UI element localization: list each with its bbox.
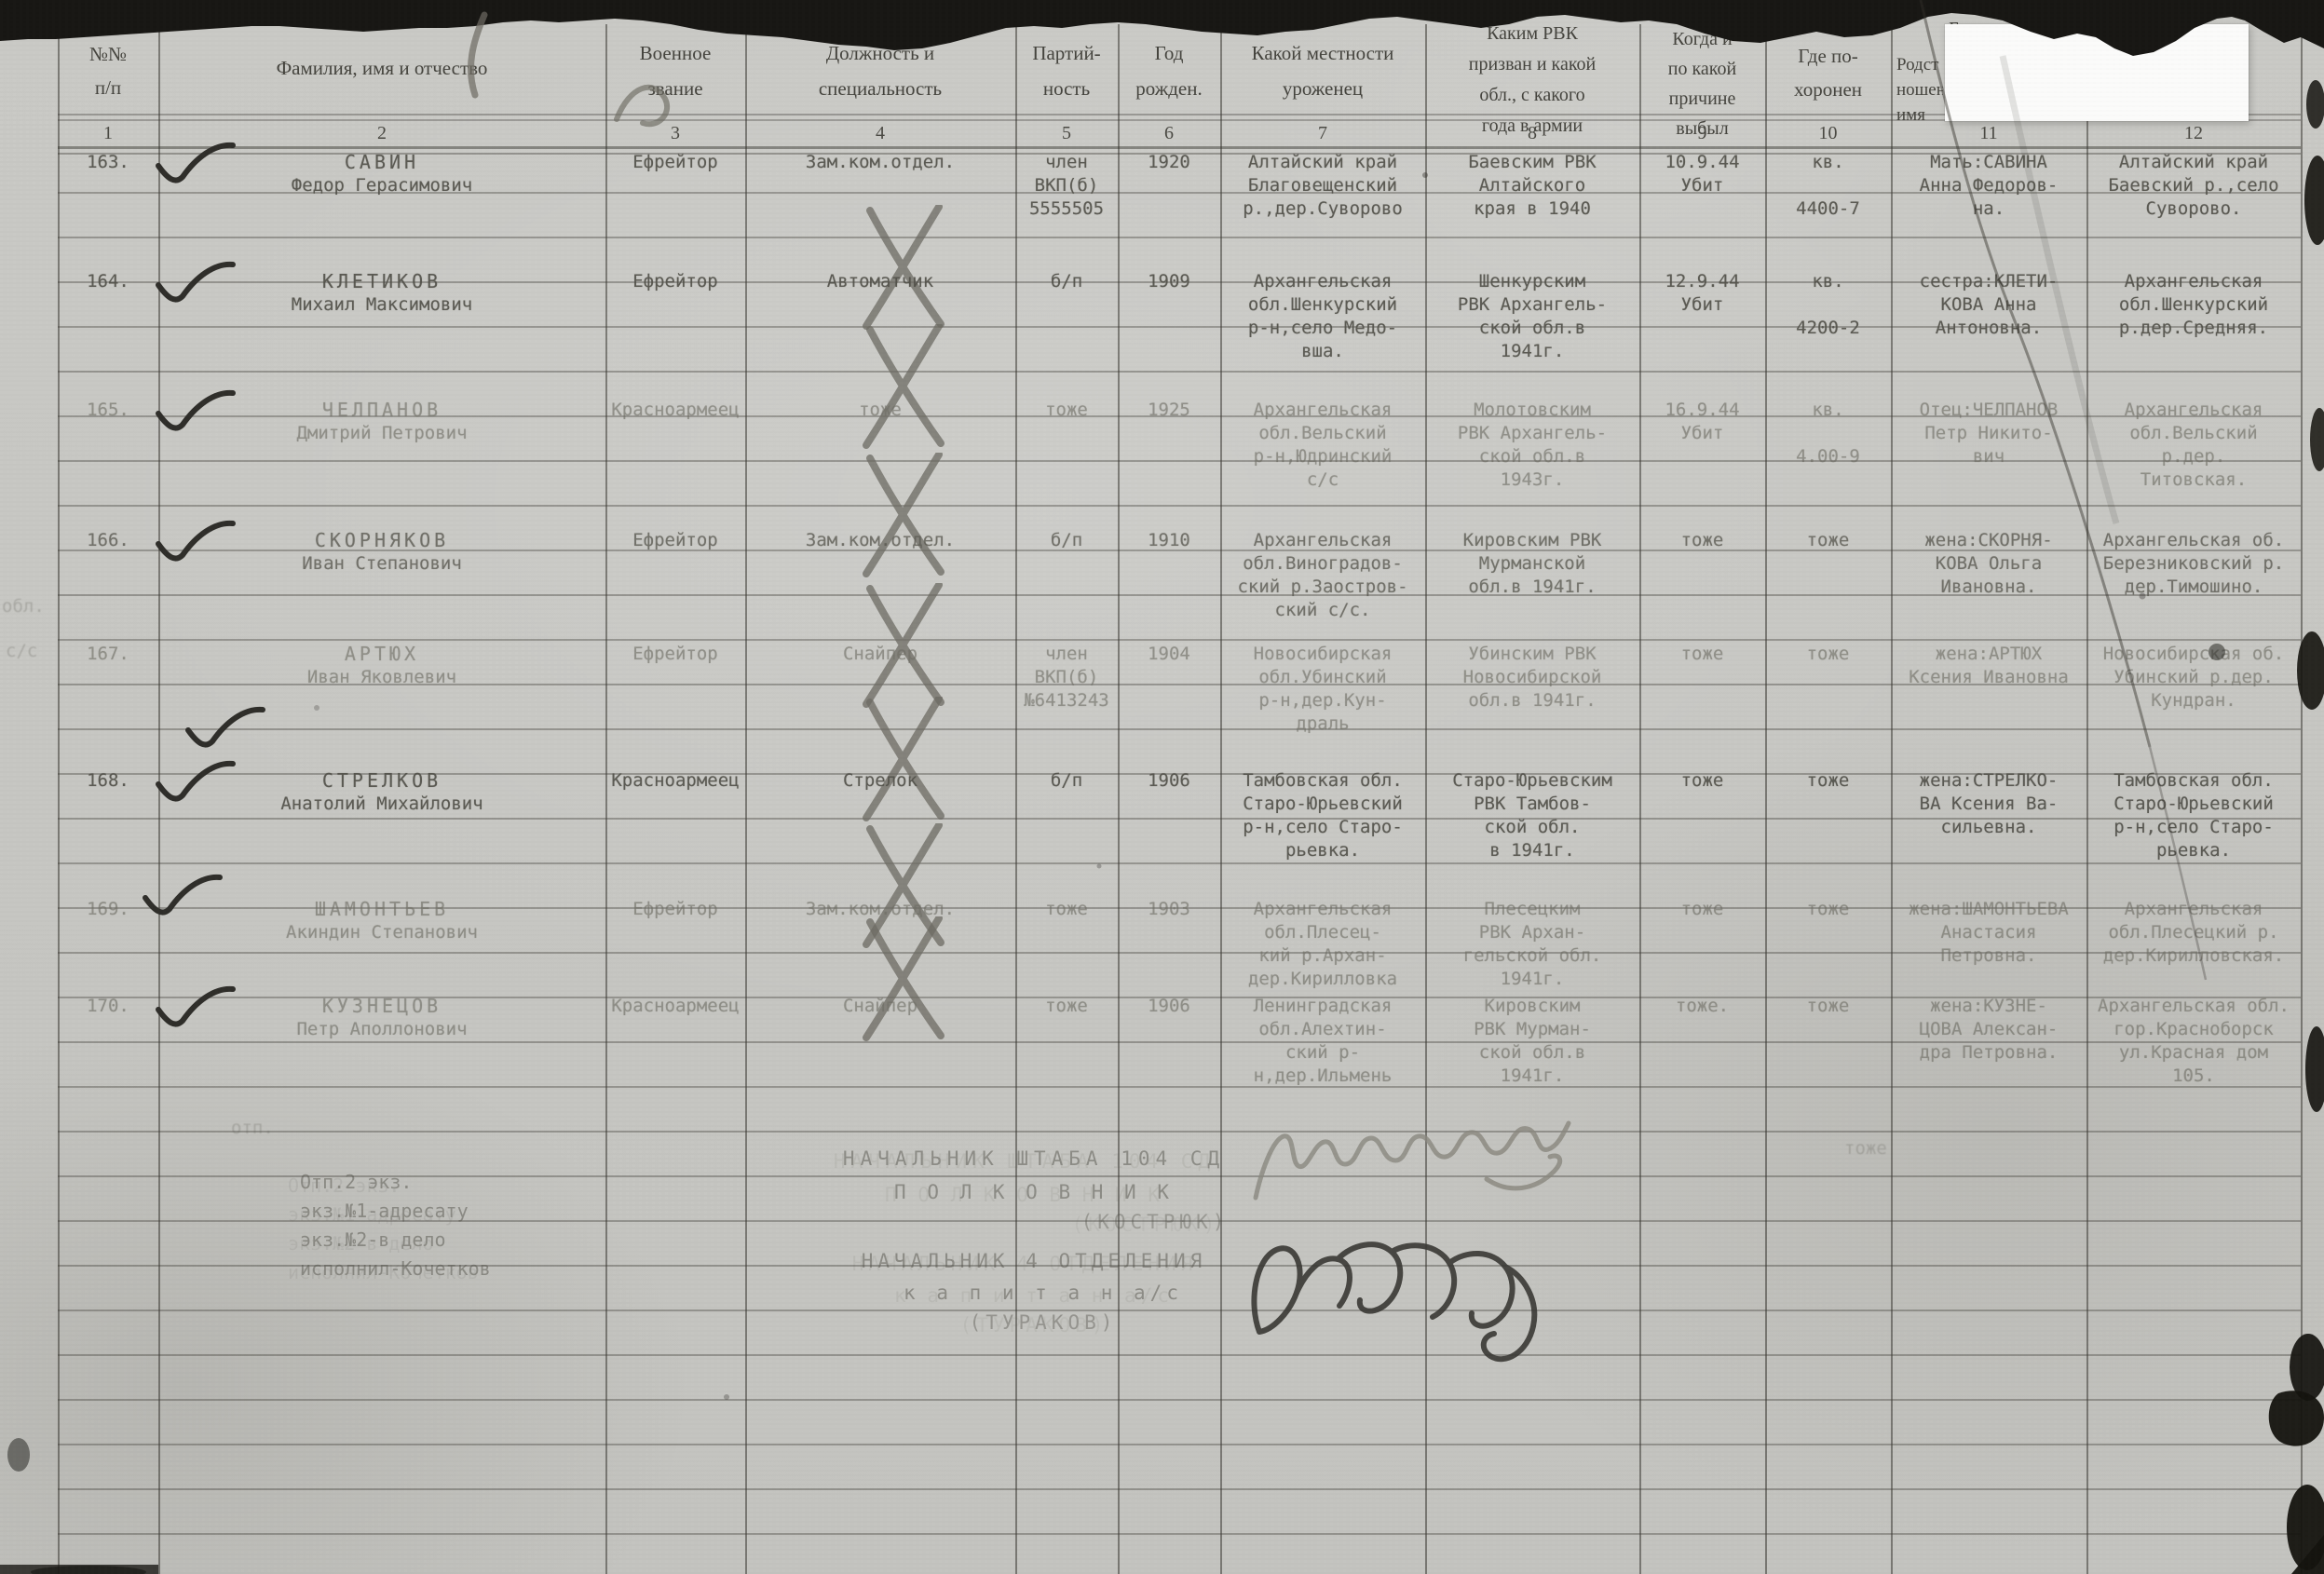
rvk-cell: Кировским РВК Мурман- ской обл.в 1941г.: [1429, 995, 1636, 1088]
duty-cell: Снайпер: [749, 995, 1012, 1018]
name-cell: КЛЕТИКОВМихаил Максимович: [162, 270, 602, 317]
grave-cell: тоже: [1769, 995, 1887, 1018]
rvk-cell: Убинским РВК Новосибирской обл.в 1941г.: [1429, 643, 1636, 712]
relative-address-cell: Архангельская обл.Шенкурский р.дер.Средн…: [2090, 270, 2297, 340]
duty-cell: Зам.ком.отдел.: [749, 151, 1012, 174]
rank-cell: Красноармеец: [609, 995, 741, 1018]
year-cell: 1906: [1121, 995, 1216, 1018]
relative-cell: жена:АРТЮХ Ксения Ивановна: [1895, 643, 2083, 689]
birthplace-cell: Архангельская обл.Плесец- кий р.Архан- д…: [1224, 898, 1421, 991]
relative-address-cell: Архангельская обл.Плесецкий р. дер.Кирил…: [2090, 898, 2297, 968]
party-cell: член ВКП(б) 5555505: [1019, 151, 1114, 221]
ghost-text: отп.: [231, 1118, 274, 1138]
fate-cell: тоже: [1643, 898, 1761, 921]
birthplace-cell: Архангельская обл.Шенкурский р-н,село Ме…: [1224, 270, 1421, 363]
rank-cell: Ефрейтор: [609, 898, 741, 921]
ghost-text: обл.: [2, 596, 45, 617]
duty-cell: Снайпер: [749, 643, 1012, 666]
col-number: 4: [749, 123, 1012, 144]
dept-head-name: (ТУРАКОВ): [829, 1311, 1257, 1334]
rvk-cell: Баевским РВК Алтайского края в 1940: [1429, 151, 1636, 221]
header-burial: Где по- хоронен: [1769, 39, 1887, 106]
dept-head-title: НАЧАЛЬНИК 4 ОТДЕЛЕНИЯ: [820, 1250, 1248, 1272]
party-cell: б/п: [1019, 769, 1114, 793]
fate-cell: 16.9.44 Убит: [1643, 399, 1761, 445]
pencil-checkmark-icon: [183, 702, 268, 760]
name-cell: СКОРНЯКОВИван Степанович: [162, 529, 602, 576]
rvk-cell: Молотовским РВК Архангель- ской обл.в 19…: [1429, 399, 1636, 492]
year-cell: 1903: [1121, 898, 1216, 921]
col-number: 7: [1224, 123, 1421, 144]
header-relatives-fragment: Родст ношен имя: [1896, 52, 1943, 128]
relative-cell: жена:СТРЕЛКО- ВА Ксения Ва- сильевна.: [1895, 769, 2083, 839]
name-cell: КУЗНЕЦОВПетр Аполлонович: [162, 995, 602, 1041]
header-birthyear: Год рожден.: [1121, 35, 1216, 106]
rvk-cell: Кировским РВК Мурманской обл.в 1941г.: [1429, 529, 1636, 599]
year-cell: 1920: [1121, 151, 1216, 174]
rank-cell: Ефрейтор: [609, 151, 741, 174]
birthplace-cell: Алтайский край Благовещенский р.,дер.Сув…: [1224, 151, 1421, 221]
row-number: 166.: [61, 529, 155, 552]
ghost-text: с/с: [6, 641, 37, 661]
year-cell: 1904: [1121, 643, 1216, 666]
rank-cell: Красноармеец: [609, 399, 741, 422]
birthplace-cell: Архангельская обл.Вельский р-н,Юдринский…: [1224, 399, 1421, 492]
relative-cell: Отец:ЧЕЛПАНОВ Петр Никито- вич: [1895, 399, 2083, 468]
col-number: 9: [1643, 123, 1761, 144]
rank-cell: Ефрейтор: [609, 643, 741, 666]
paper-sticker-overlay: [1945, 24, 2249, 121]
col-number: 11: [1895, 123, 2083, 144]
birthplace-cell: Ленинградская обл.Алехтин- ский р-н,дер.…: [1224, 995, 1421, 1088]
birthplace-cell: Тамбовская обл. Старо-Юрьевский р-н,село…: [1224, 769, 1421, 862]
year-cell: 1909: [1121, 270, 1216, 293]
copies-note: Отп.2 экз. экз.№1-адресату экз.№2-в дело…: [300, 1168, 635, 1283]
col-number: 8: [1429, 123, 1636, 144]
header-rank: Военное звание: [609, 35, 741, 106]
grave-cell: тоже: [1769, 529, 1887, 552]
col-number: 3: [609, 123, 741, 144]
col-number: 10: [1769, 123, 1887, 144]
party-cell: б/п: [1019, 529, 1114, 552]
duty-cell: Стрелок: [749, 769, 1012, 793]
grave-cell: кв. 4200-2: [1769, 270, 1887, 340]
year-cell: 1910: [1121, 529, 1216, 552]
name-cell: ЧЕЛПАНОВДмитрий Петрович: [162, 399, 602, 445]
relative-cell: сестра:КЛЕТИ- КОВА Анна Антоновна.: [1895, 270, 2083, 340]
relative-address-cell: Архангельская обл.Вельский р.дер. Титовс…: [2090, 399, 2297, 492]
grave-cell: кв. 4.00-9: [1769, 399, 1887, 468]
name-cell: ШАМОНТЬЕВАкиндин Степанович: [162, 898, 602, 944]
header-name: Фамилия, имя и отчество: [162, 50, 602, 86]
birthplace-cell: Новосибирская обл.Убинский р-н,дер.Кун- …: [1224, 643, 1421, 736]
rank-cell: Ефрейтор: [609, 270, 741, 293]
party-cell: тоже: [1019, 995, 1114, 1018]
rank-cell: Ефрейтор: [609, 529, 741, 552]
pencil-cross-mark-icon: [853, 205, 956, 331]
fate-cell: 10.9.44 Убит: [1643, 151, 1761, 197]
duty-cell: тоже: [749, 399, 1012, 422]
pencil-cross-mark-icon: [853, 324, 956, 450]
ghost-text: тоже: [1844, 1138, 1887, 1159]
scanned-document-page: { "document": { "type": "scanned typewri…: [0, 0, 2324, 1574]
grave-cell: кв. 4400-7: [1769, 151, 1887, 221]
name-cell: АРТЮХИван Яковлевич: [162, 643, 602, 689]
pencil-cross-mark-icon: [853, 697, 956, 822]
pencil-cross-mark-icon: [853, 453, 956, 578]
name-cell: СТРЕЛКОВАнатолий Михайлович: [162, 769, 602, 816]
col-number: 6: [1121, 123, 1216, 144]
rank-cell: Красноармеец: [609, 769, 741, 793]
relative-cell: Мать:САВИНА Анна Федоров- на.: [1895, 151, 2083, 221]
header-birthplace: Какой местности уроженец: [1224, 35, 1421, 106]
header-num: №№ п/п: [61, 37, 155, 104]
year-cell: 1906: [1121, 769, 1216, 793]
relative-address-cell: Тамбовская обл. Старо-Юрьевский р-н,село…: [2090, 769, 2297, 862]
relative-address-cell: Архангельская об. Березниковский р. дер.…: [2090, 529, 2297, 599]
chief-of-staff-name: (КОСТРЮК): [941, 1211, 1369, 1233]
rvk-cell: Шенкурским РВК Архангель- ской обл.в 194…: [1429, 270, 1636, 363]
row-number: 168.: [61, 769, 155, 793]
fate-cell: тоже.: [1643, 995, 1761, 1018]
chief-of-staff-rank: П О Л К О В Н И К: [820, 1181, 1248, 1203]
rvk-cell: Плесецким РВК Архан- гельской обл. 1941г…: [1429, 898, 1636, 991]
duty-cell: Автоматчик: [749, 270, 1012, 293]
relative-cell: жена:КУЗНЕ- ЦОВА Алексан- дра Петровна.: [1895, 995, 2083, 1065]
col-number: 1: [61, 123, 155, 144]
rvk-cell: Старо-Юрьевским РВК Тамбов- ской обл. в …: [1429, 769, 1636, 862]
fate-cell: тоже: [1643, 529, 1761, 552]
relative-address-cell: Новосибирская об. Убинский р.дер. Кундра…: [2090, 643, 2297, 712]
year-cell: 1925: [1121, 399, 1216, 422]
col-number: 12: [2090, 123, 2297, 144]
name-cell: САВИНФедор Герасимович: [162, 151, 602, 197]
chief-of-staff-title: НАЧАЛЬНИК ШТАБА 104 СД: [820, 1147, 1248, 1170]
relative-address-cell: Алтайский край Баевский р.,село Суворово…: [2090, 151, 2297, 221]
grave-cell: тоже: [1769, 769, 1887, 793]
col-number: 5: [1019, 123, 1114, 144]
duty-cell: Зам.ком.отдел.: [749, 529, 1012, 552]
row-number: 167.: [61, 643, 155, 666]
row-number: 164.: [61, 270, 155, 293]
birthplace-cell: Архангельская обл.Виноградов- ский р.Зао…: [1224, 529, 1421, 622]
row-number: 163.: [61, 151, 155, 174]
party-cell: б/п: [1019, 270, 1114, 293]
pencil-cross-mark-icon: [853, 916, 956, 1042]
party-cell: тоже: [1019, 898, 1114, 921]
row-number: 165.: [61, 399, 155, 422]
header-duty: Должность и специальность: [749, 35, 1012, 106]
party-cell: член ВКП(б) №6413243: [1019, 643, 1114, 712]
party-cell: тоже: [1019, 399, 1114, 422]
relative-cell: жена:ШАМОНТЬЕВА Анастасия Петровна.: [1895, 898, 2083, 968]
fate-cell: тоже: [1643, 643, 1761, 666]
grave-cell: тоже: [1769, 898, 1887, 921]
fate-cell: тоже: [1643, 769, 1761, 793]
dept-head-rank: к а п и т а н а/с: [829, 1282, 1257, 1304]
fate-cell: 12.9.44 Убит: [1643, 270, 1761, 317]
relative-address-cell: Архангельская обл. гор.Красноборск ул.Кр…: [2090, 995, 2297, 1088]
relative-cell: жена:СКОРНЯ- КОВА Ольга Ивановна.: [1895, 529, 2083, 599]
header-party: Партий- ность: [1019, 35, 1114, 106]
row-number: 170.: [61, 995, 155, 1018]
grave-cell: тоже: [1769, 643, 1887, 666]
